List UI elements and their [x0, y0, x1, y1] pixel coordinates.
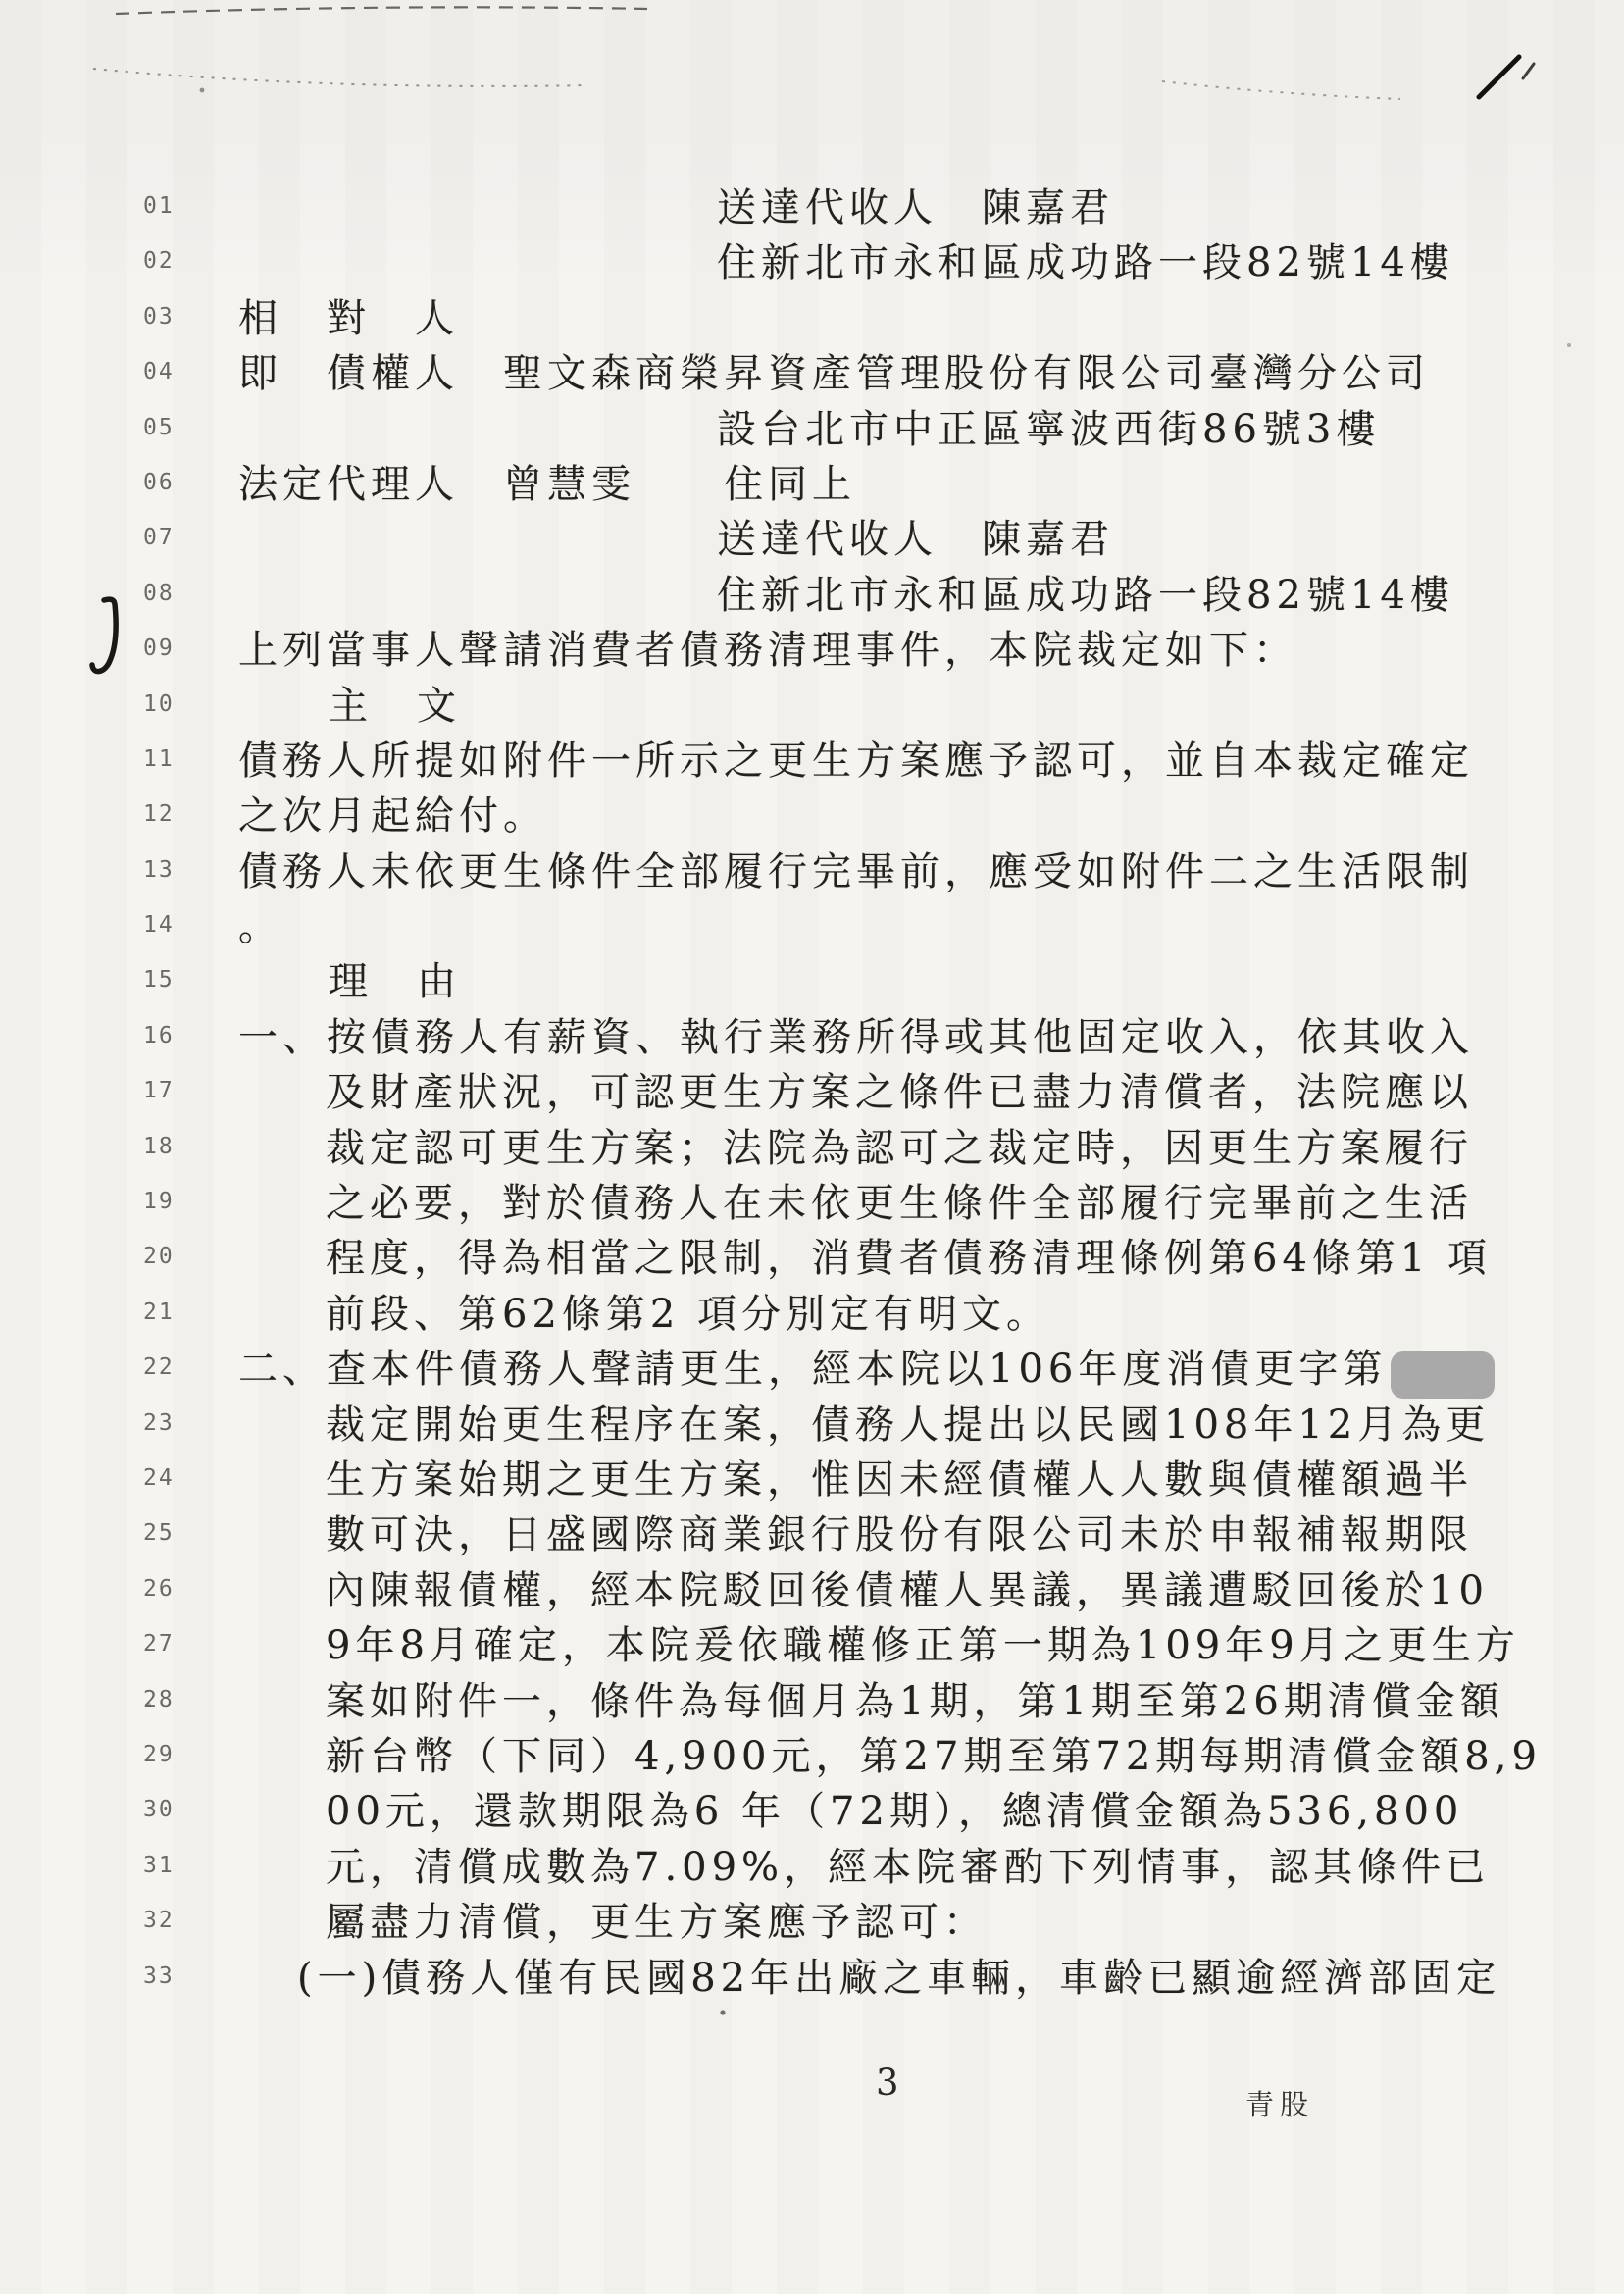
- line-text: 上列當事人聲請消費者債務清理事件，本院裁定如下：: [238, 623, 1297, 678]
- line-number: 28: [143, 1689, 175, 1711]
- document-line: 26內陳報債權，經本院駁回後債權人異議，異議遭駁回後於10: [0, 1563, 1624, 1618]
- line-text: 前段、第62條第2 項分別定有明文。: [326, 1287, 1050, 1342]
- line-number: 33: [143, 1965, 175, 1988]
- document-line: 13債務人未依更生條件全部履行完畢前，應受如附件二之生活限制: [0, 844, 1624, 899]
- document-line: 10主 文: [0, 679, 1624, 734]
- line-text: 案如附件一，條件為每個月為1期，第1期至第26期清償金額: [326, 1674, 1504, 1729]
- line-number: 09: [143, 637, 175, 660]
- document-line: 31元，清償成數為7.09%，經本院審酌下列情事，認其條件已: [0, 1840, 1624, 1895]
- line-number: 20: [143, 1246, 175, 1268]
- line-number: 06: [143, 472, 175, 494]
- pen-slash-mark-small: [1523, 64, 1534, 78]
- line-number: 17: [143, 1080, 175, 1102]
- line-text: 內陳報債權，經本院駁回後債權人異議，異議遭駁回後於10: [326, 1563, 1489, 1618]
- line-number: 10: [143, 693, 175, 716]
- document-line: 05設台北市中正區寧波西街86號3樓: [0, 402, 1624, 457]
- line-number: 22: [143, 1356, 175, 1379]
- line-text: (一)債務人僅有民國82年出廠之車輛，車齡已顯逾經濟部固定: [297, 1951, 1500, 2006]
- line-number: 02: [143, 250, 175, 273]
- document-line: 07送達代收人 陳嘉君: [0, 512, 1624, 567]
- line-number: 04: [143, 361, 175, 383]
- scan-streak-top: [116, 7, 647, 14]
- line-text: 程度，得為相當之限制，消費者債務清理條例第64條第1 項: [326, 1231, 1492, 1286]
- document-line: 14。: [0, 899, 1624, 954]
- line-number: 14: [143, 914, 175, 937]
- line-number: 21: [143, 1301, 175, 1324]
- document-line: 33(一)債務人僅有民國82年出廠之車輛，車齡已顯逾經濟部固定: [0, 1951, 1624, 2006]
- line-text: 新台幣（下同）4,900元，第27期至第72期每期清償金額8,9: [326, 1729, 1542, 1784]
- line-text: 一、按債務人有薪資、執行業務所得或其他固定收入，依其收入: [238, 1010, 1474, 1065]
- line-text: 即 債權人 聖文森商榮昇資產管理股份有限公司臺灣分公司: [238, 346, 1430, 401]
- line-number: 01: [143, 195, 175, 218]
- line-number: 05: [143, 417, 175, 439]
- line-text: 法定代理人 曾慧雯 住同上: [238, 457, 856, 512]
- pen-slash-mark: [1479, 57, 1519, 97]
- document-line: 20程度，得為相當之限制，消費者債務清理條例第64條第1 項: [0, 1231, 1624, 1286]
- line-text: 裁定認可更生方案；法院為認可之裁定時，因更生方案履行: [326, 1121, 1473, 1176]
- line-text: 主 文: [329, 679, 461, 734]
- document-line: 09上列當事人聲請消費者債務清理事件，本院裁定如下：: [0, 623, 1624, 678]
- page-number: 3: [876, 2062, 899, 2104]
- document-line: 25數可決，日盛國際商業銀行股份有限公司未於申報補報期限: [0, 1507, 1624, 1562]
- line-number: 31: [143, 1855, 175, 1877]
- line-number: 11: [143, 748, 175, 771]
- document-line: 3000元，還款期限為6 年（72期），總清償金額為536,800: [0, 1784, 1624, 1839]
- line-text: 理 由: [329, 954, 461, 1009]
- line-number: 26: [143, 1578, 175, 1601]
- document-line: 29新台幣（下同）4,900元，第27期至第72期每期清償金額8,9: [0, 1729, 1624, 1784]
- document-line: 18裁定認可更生方案；法院為認可之裁定時，因更生方案履行: [0, 1121, 1624, 1176]
- document-line: 06法定代理人 曾慧雯 住同上: [0, 457, 1624, 512]
- line-text: 00元，還款期限為6 年（72期），總清償金額為536,800: [326, 1784, 1463, 1839]
- line-number: 27: [143, 1633, 175, 1656]
- document-line: 08住新北市永和區成功路一段82號14樓: [0, 568, 1624, 623]
- line-number: 16: [143, 1025, 175, 1047]
- line-text: 元，清償成數為7.09%，經本院審酌下列情事，認其條件已: [326, 1840, 1490, 1895]
- line-number: 08: [143, 583, 175, 605]
- scanned-document-page: 01送達代收人 陳嘉君02住新北市永和區成功路一段82號14樓03相 對 人04…: [0, 0, 1624, 2294]
- line-number: 29: [143, 1744, 175, 1766]
- line-text: 9年8月確定，本院爰依職權修正第一期為109年9月之更生方: [326, 1618, 1520, 1673]
- document-line: 23裁定開始更生程序在案，債務人提出以民國108年12月為更: [0, 1398, 1624, 1453]
- line-number: 32: [143, 1910, 175, 1932]
- line-number: 12: [143, 803, 175, 826]
- line-text: 送達代收人 陳嘉君: [717, 180, 1114, 235]
- line-number: 07: [143, 527, 175, 549]
- document-line: 11債務人所提如附件一所示之更生方案應予認可，並自本裁定確定: [0, 734, 1624, 789]
- line-number: 19: [143, 1191, 175, 1213]
- document-line: 21前段、第62條第2 項分別定有明文。: [0, 1287, 1624, 1342]
- scan-dotted-arc-right: [1162, 81, 1400, 99]
- line-number: 24: [143, 1467, 175, 1490]
- line-number: 03: [143, 306, 175, 329]
- line-text: 裁定開始更生程序在案，債務人提出以民國108年12月為更: [326, 1398, 1490, 1453]
- line-text: 之次月起給付。: [238, 789, 547, 843]
- document-line: 15理 由: [0, 954, 1624, 1009]
- line-number: 13: [143, 859, 175, 882]
- document-line: 32屬盡力清償，更生方案應予認可：: [0, 1895, 1624, 1950]
- line-number: 23: [143, 1412, 175, 1435]
- document-line: 01送達代收人 陳嘉君: [0, 180, 1624, 235]
- line-text: 設台北市中正區寧波西街86號3樓: [717, 402, 1380, 457]
- document-line: 03相 對 人: [0, 291, 1624, 346]
- line-text: 屬盡力清償，更生方案應予認可：: [326, 1895, 988, 1950]
- line-number: 25: [143, 1522, 175, 1545]
- document-line: 02住新北市永和區成功路一段82號14樓: [0, 235, 1624, 290]
- line-text: 數可決，日盛國際商業銀行股份有限公司未於申報補報期限: [326, 1507, 1473, 1562]
- line-text: 送達代收人 陳嘉君: [717, 512, 1114, 567]
- line-number: 15: [143, 969, 175, 992]
- document-line: 24生方案始期之更生方案，惟因未經債權人人數與債權額過半: [0, 1453, 1624, 1507]
- document-line: 17及財產狀況，可認更生方案之條件已盡力清償者，法院應以: [0, 1065, 1624, 1120]
- line-text: 住新北市永和區成功路一段82號14樓: [717, 235, 1454, 290]
- line-rows: 01送達代收人 陳嘉君02住新北市永和區成功路一段82號14樓03相 對 人04…: [0, 180, 1624, 2006]
- scan-dotted-arc-left: [93, 69, 588, 86]
- line-text: 之必要，對於債務人在未依更生條件全部履行完畢前之生活: [326, 1176, 1473, 1231]
- line-text: 債務人所提如附件一所示之更生方案應予認可，並自本裁定確定: [238, 734, 1474, 789]
- document-line: 19之必要，對於債務人在未依更生條件全部履行完畢前之生活: [0, 1176, 1624, 1231]
- document-line: 28案如附件一，條件為每個月為1期，第1期至第26期清償金額: [0, 1674, 1624, 1729]
- line-text: 二、查本件債務人聲請更生，經本院以106年度消債更字第: [238, 1342, 1387, 1397]
- document-line: 12之次月起給付。: [0, 789, 1624, 843]
- document-line: 279年8月確定，本院爰依職權修正第一期為109年9月之更生方: [0, 1618, 1624, 1673]
- line-text: 住新北市永和區成功路一段82號14樓: [717, 568, 1454, 623]
- clerk-stamp: 青股: [1245, 2083, 1314, 2123]
- document-line: 16一、按債務人有薪資、執行業務所得或其他固定收入，依其收入: [0, 1010, 1624, 1065]
- line-text: 。: [238, 899, 282, 954]
- line-text: 相 對 人: [238, 291, 459, 346]
- line-number: 18: [143, 1136, 175, 1158]
- document-line: 22二、查本件債務人聲請更生，經本院以106年度消債更字第: [0, 1342, 1624, 1397]
- line-text: 生方案始期之更生方案，惟因未經債權人人數與債權額過半: [326, 1453, 1473, 1507]
- document-line: 04即 債權人 聖文森商榮昇資產管理股份有限公司臺灣分公司: [0, 346, 1624, 401]
- line-text: 及財產狀況，可認更生方案之條件已盡力清償者，法院應以: [326, 1065, 1473, 1120]
- line-text: 債務人未依更生條件全部履行完畢前，應受如附件二之生活限制: [238, 844, 1474, 899]
- redaction-box: [1391, 1351, 1495, 1399]
- line-number: 30: [143, 1799, 175, 1821]
